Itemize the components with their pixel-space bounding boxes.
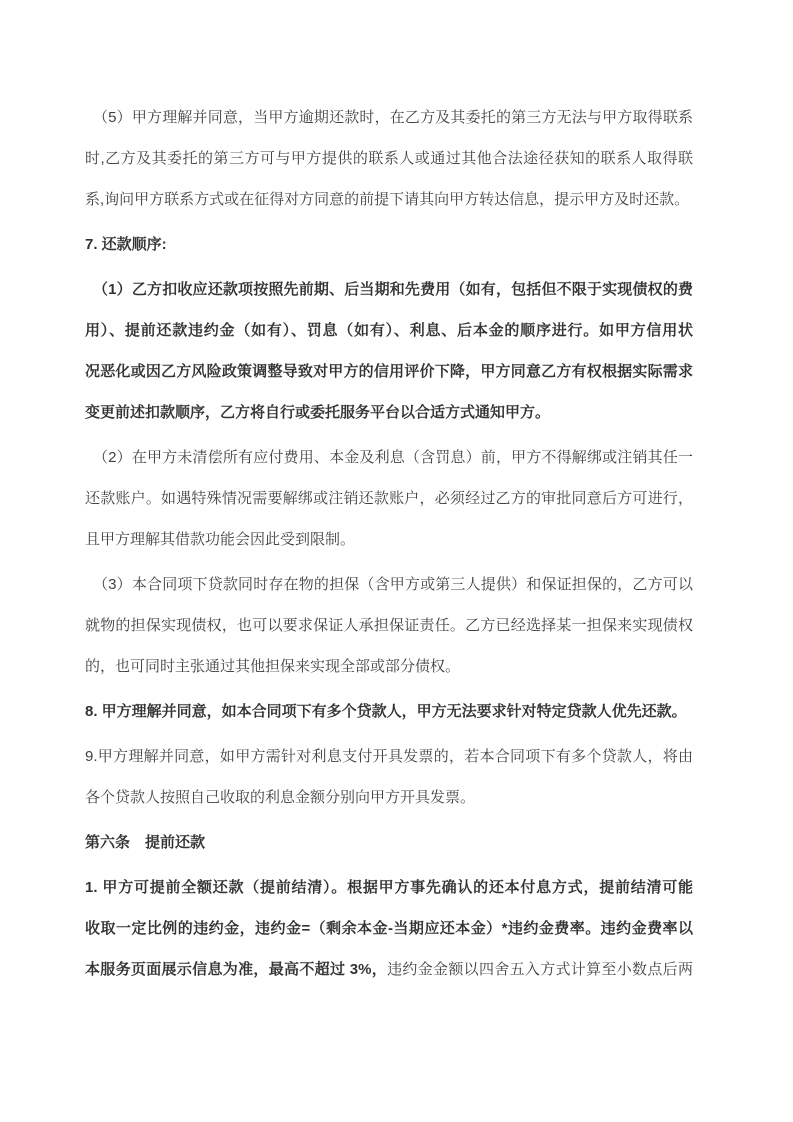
text-line: 各个贷款人按照自己收取的利息金额分别向甲方开具发票。 [85,777,693,818]
text-line: 8. 甲方理解并同意，如本合同项下有多个贷款人，甲方无法要求针对特定贷款人优先还… [85,691,693,732]
text-line: 就物的担保实现债权，也可以要求保证人承担保证责任。乙方已经选择某一担保来实现债权 [85,605,693,646]
text-line: 还款账户。如遇特殊情况需要解绑或注销还款账户，必须经过乙方的审批同意后方可进行， [85,478,693,519]
text-line: （3）本合同项下贷款同时存在物的担保（含甲方或第三人提供）和保证担保的，乙方可以 [85,564,693,605]
text-segment-regular: 违约金金额以四舍五入方式计算至小数点后两 [387,961,693,978]
text-line: 系,询问甲方联系方式或在征得对方同意的前提下请其向甲方转达信息，提示甲方及时还款… [85,179,693,220]
paragraph-item-9: 9.甲方理解并同意，如甲方需针对利息支付开具发票的，若本合同项下有多个贷款人，将… [85,736,693,818]
section-heading: 第六条 提前还款 [85,822,693,863]
text-line: 变更前述扣款顺序，乙方将自行或委托服务平台以合适方式通知甲方。 [85,392,693,433]
text-line: （5）甲方理解并同意，当甲方逾期还款时，在乙方及其委托的第三方无法与甲方取得联系 [85,97,693,138]
paragraph-item-7-heading: 7. 还款顺序: [85,224,693,265]
paragraph-article-6-item-1: 1. 甲方可提前全额还款（提前结清）。根据甲方事先确认的还本付息方式，提前结清可… [85,867,693,990]
paragraph-clause-5: （5）甲方理解并同意，当甲方逾期还款时，在乙方及其委托的第三方无法与甲方取得联系… [85,97,693,220]
paragraph-item-7-1: （1）乙方扣收应还款项按照先前期、后当期和先费用（如有，包括但不限于实现债权的费… [85,269,693,433]
text-line: 况恶化或因乙方风险政策调整导致对甲方的信用评价下降，甲方同意乙方有权根据实际需求 [85,351,693,392]
text-line: 本服务页面展示信息为准，最高不超过 3%，违约金金额以四舍五入方式计算至小数点后… [85,949,693,990]
document-page: （5）甲方理解并同意，当甲方逾期还款时，在乙方及其委托的第三方无法与甲方取得联系… [0,0,793,1122]
paragraph-article-6-heading: 第六条 提前还款 [85,822,693,863]
text-segment-bold: 本服务页面展示信息为准，最高不超过 3%， [85,961,387,978]
text-line: 1. 甲方可提前全额还款（提前结清）。根据甲方事先确认的还本付息方式，提前结清可… [85,867,693,908]
paragraph-item-7-2: （2）在甲方未清偿所有应付费用、本金及利息（含罚息）前，甲方不得解绑或注销其任一… [85,437,693,560]
text-line: 的，也可同时主张通过其他担保来实现全部或部分债权。 [85,646,693,687]
text-line: （1）乙方扣收应还款项按照先前期、后当期和先费用（如有，包括但不限于实现债权的费 [85,269,693,310]
paragraph-item-7-3: （3）本合同项下贷款同时存在物的担保（含甲方或第三人提供）和保证担保的，乙方可以… [85,564,693,687]
text-line: 9.甲方理解并同意，如甲方需针对利息支付开具发票的，若本合同项下有多个贷款人，将… [85,736,693,777]
text-line: 用）、提前还款违约金（如有）、罚息（如有）、利息、后本金的顺序进行。如甲方信用状 [85,310,693,351]
text-line: 时,乙方及其委托的第三方可与甲方提供的联系人或通过其他合法途径获知的联系人取得联 [85,138,693,179]
text-line: 7. 还款顺序: [85,224,693,265]
text-line: 收取一定比例的违约金，违约金=（剩余本金-当期应还本金）*违约金费率。违约金费率… [85,908,693,949]
text-line: （2）在甲方未清偿所有应付费用、本金及利息（含罚息）前，甲方不得解绑或注销其任一 [85,437,693,478]
paragraph-item-8: 8. 甲方理解并同意，如本合同项下有多个贷款人，甲方无法要求针对特定贷款人优先还… [85,691,693,732]
text-line: 且甲方理解其借款功能会因此受到限制。 [85,519,693,560]
